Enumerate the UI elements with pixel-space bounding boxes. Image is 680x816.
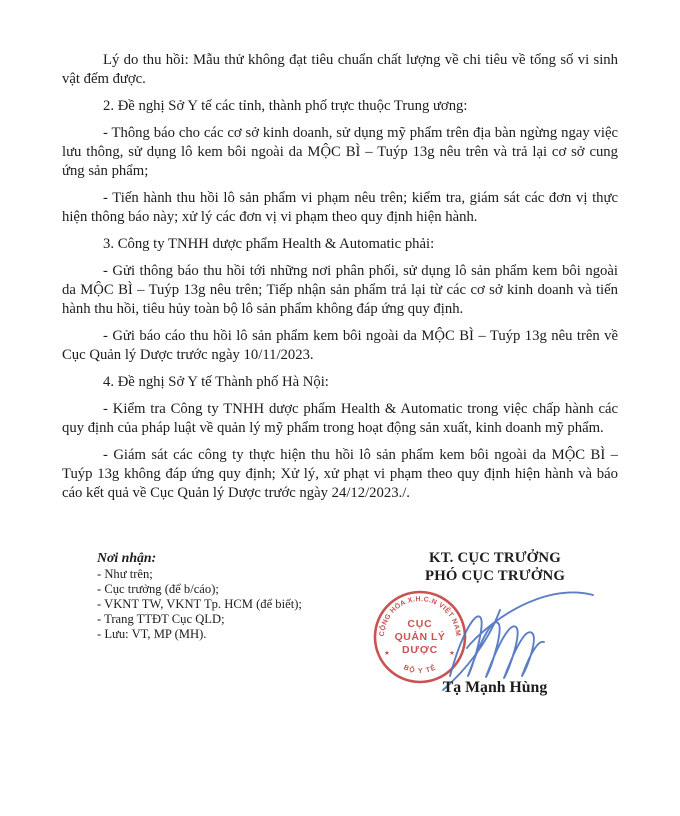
paragraph-section-2-item-2: - Tiến hành thu hồi lô sản phẩm vi phạm … bbox=[62, 189, 618, 227]
paragraph-section-3-item-1: - Gửi thông báo thu hồi tới những nơi ph… bbox=[62, 262, 618, 319]
paragraph-section-3-heading: 3. Công ty TNHH dược phẩm Health & Autom… bbox=[62, 235, 618, 254]
recipient-item: - Trang TTĐT Cục QLD; bbox=[97, 612, 347, 627]
recipient-item: - Như trên; bbox=[97, 567, 347, 582]
paragraph-section-2-item-1: - Thông báo cho các cơ sở kinh doanh, sử… bbox=[62, 124, 618, 181]
signer-name: Tạ Mạnh Hùng bbox=[378, 679, 612, 697]
stamp-center-line-1: CỤC bbox=[407, 618, 432, 630]
recipient-item: - Cục trưởng (để b/cáo); bbox=[97, 582, 347, 597]
document-page: Lý do thu hồi: Mẫu thử không đạt tiêu ch… bbox=[0, 0, 680, 816]
signer-title-line1: KT. CỤC TRƯỞNG bbox=[378, 549, 612, 567]
signature-title-block: KT. CỤC TRƯỞNG PHÓ CỤC TRƯỞNG bbox=[378, 549, 612, 585]
recipients-title: Nơi nhận: bbox=[97, 550, 347, 565]
paragraph-recall-reason: Lý do thu hồi: Mẫu thử không đạt tiêu ch… bbox=[62, 51, 618, 89]
recipient-item: - VKNT TW, VKNT Tp. HCM (để biết); bbox=[97, 597, 347, 612]
document-body: Lý do thu hồi: Mẫu thử không đạt tiêu ch… bbox=[62, 51, 618, 511]
paragraph-section-3-item-2: - Gửi báo cáo thu hồi lô sản phẩm kem bô… bbox=[62, 327, 618, 365]
paragraph-section-4-item-2: - Giám sát các công ty thực hiện thu hồi… bbox=[62, 446, 618, 503]
paragraph-section-2-heading: 2. Đề nghị Sở Y tế các tỉnh, thành phố t… bbox=[62, 97, 618, 116]
paragraph-section-4-heading: 4. Đề nghị Sở Y tế Thành phố Hà Nội: bbox=[62, 373, 618, 392]
stamp-star-left-icon: ★ bbox=[384, 649, 390, 657]
paragraph-section-4-item-1: - Kiểm tra Công ty TNHH dược phẩm Health… bbox=[62, 400, 618, 438]
recipients-block: Nơi nhận: - Như trên; - Cục trưởng (để b… bbox=[97, 550, 347, 642]
recipient-item: - Lưu: VT, MP (MH). bbox=[97, 627, 347, 642]
signer-title-line2: PHÓ CỤC TRƯỞNG bbox=[378, 567, 612, 585]
